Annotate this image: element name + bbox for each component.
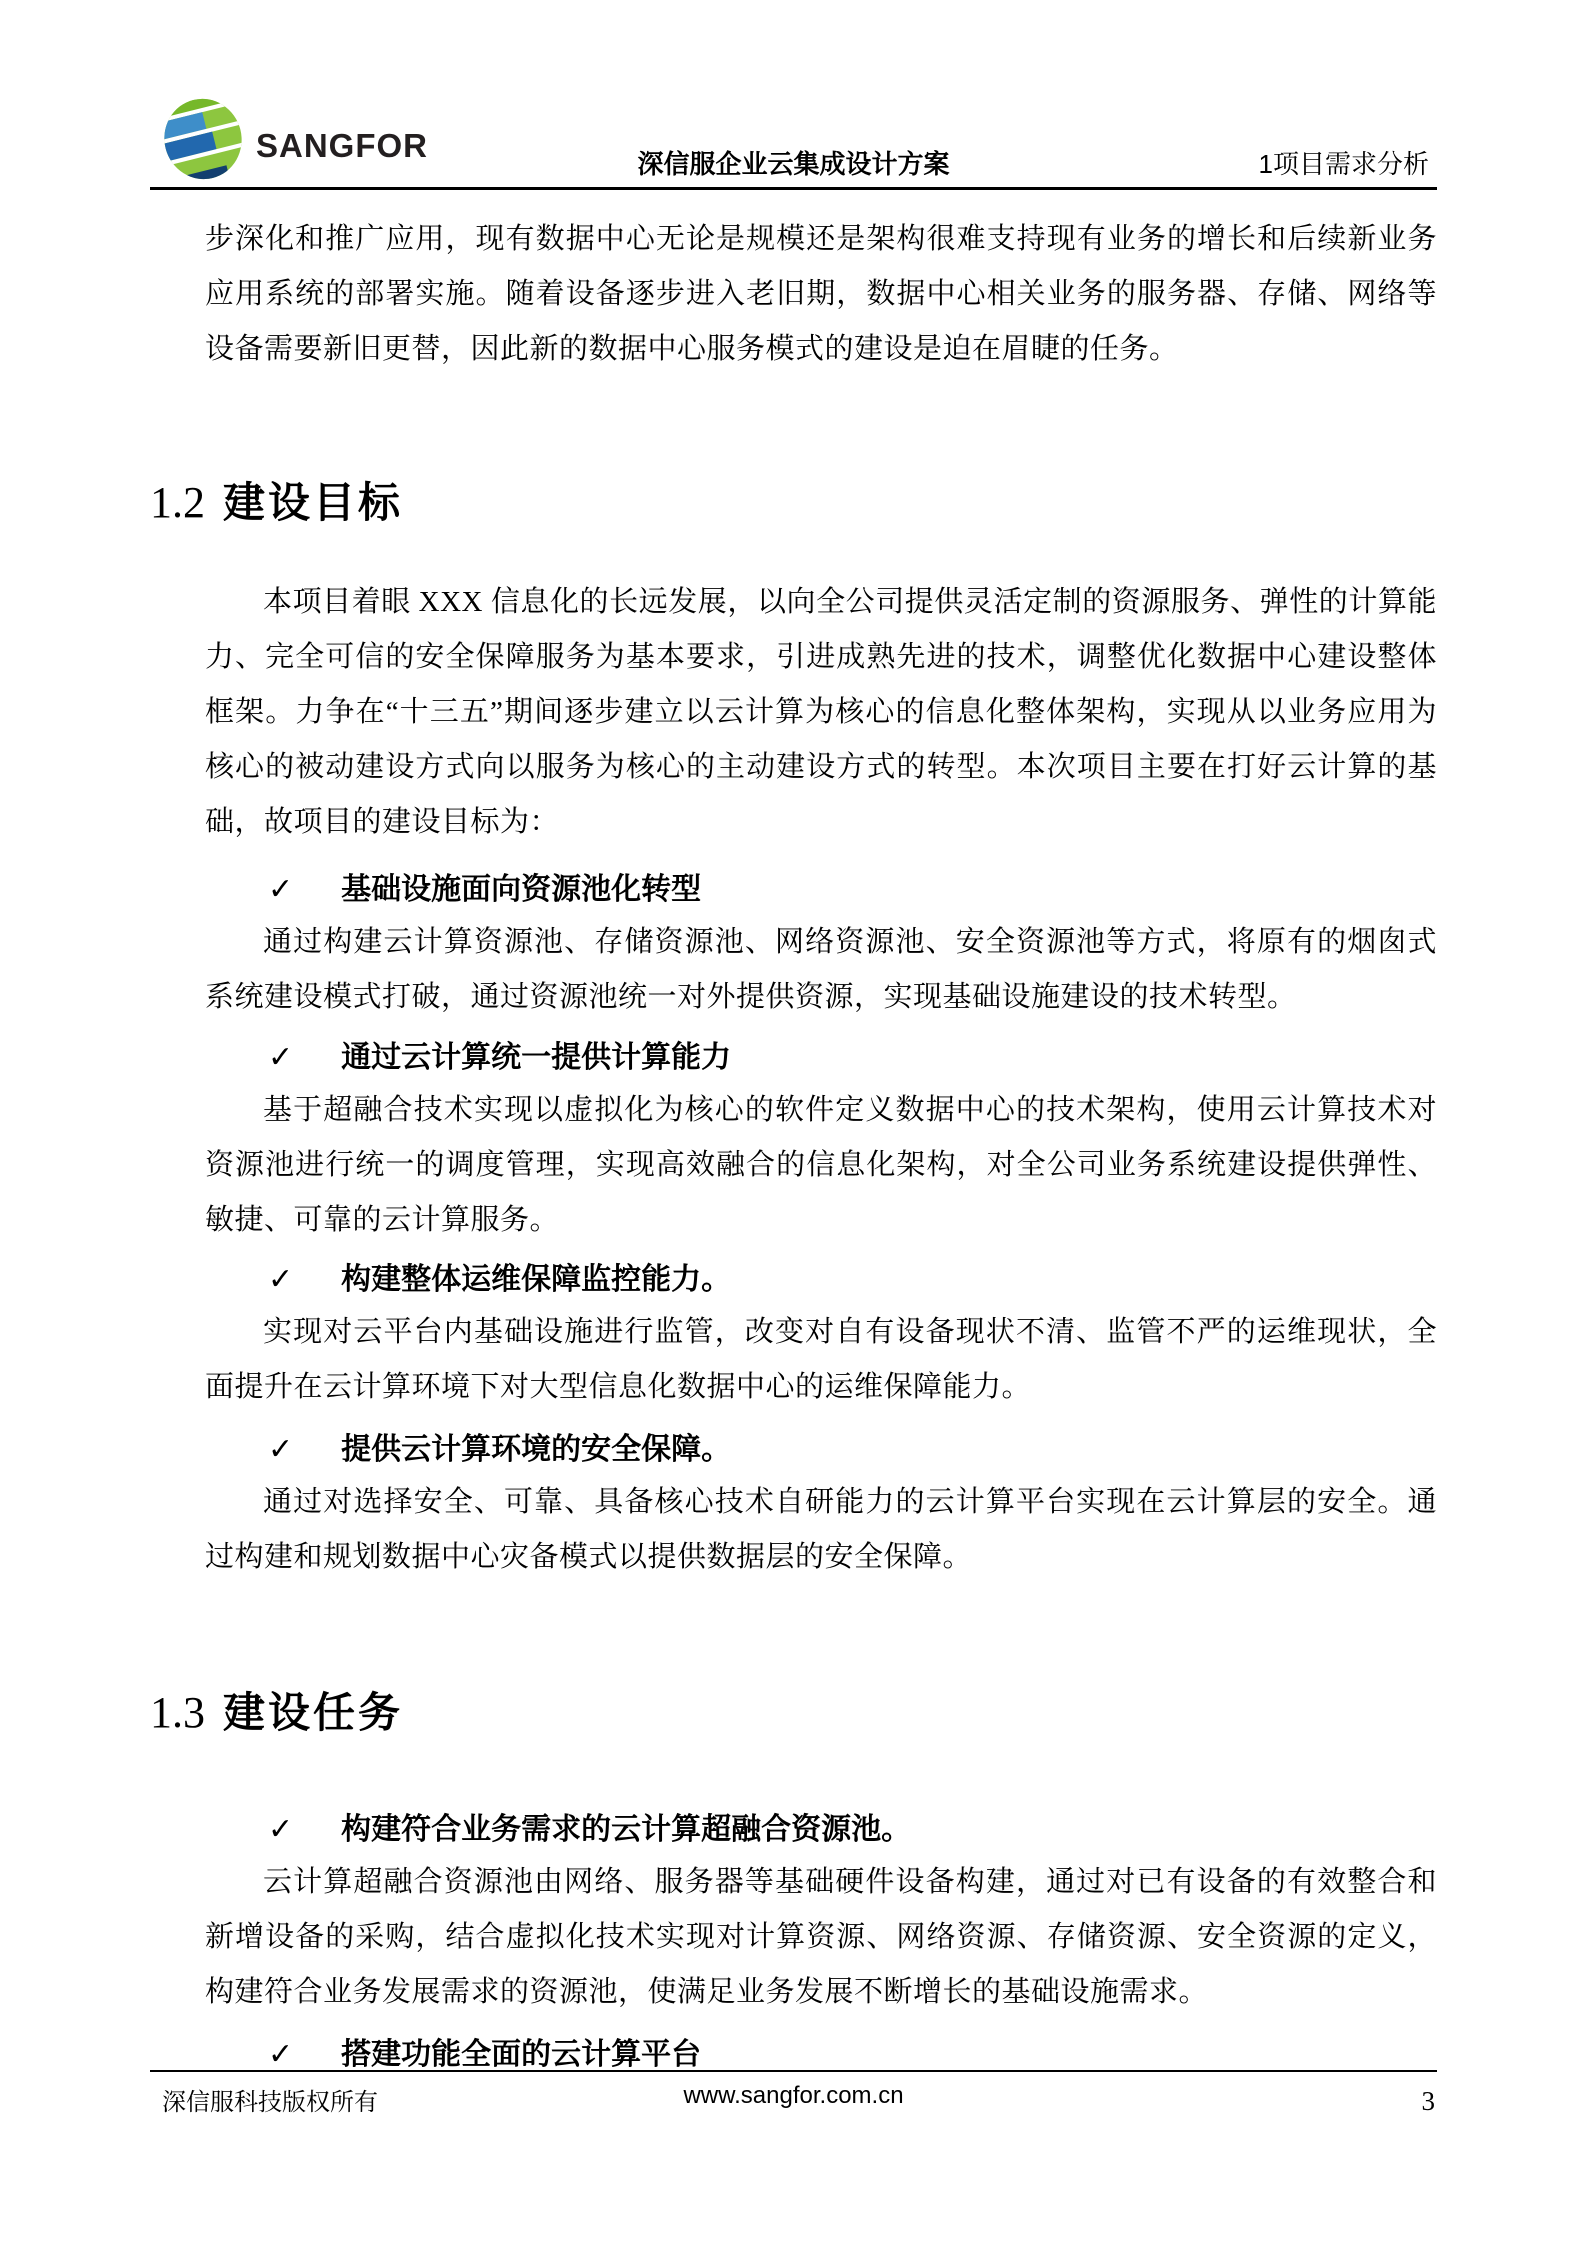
section-heading-1-3: 1.3 建设任务 [150, 1680, 1437, 1740]
footer-website: www.sangfor.com.cn [150, 2082, 1437, 2110]
bullet-heading-label: 通过云计算统一提供计算能力 [341, 1033, 731, 1083]
check-icon: ✓ [268, 865, 293, 915]
section-lead-paragraph: 本项目着眼 XXX 信息化的长远发展，以向全公司提供灵活定制的资源服务、弹性的计… [205, 575, 1437, 850]
bullet-heading-label: 构建整体运维保障监控能力。 [341, 1255, 731, 1305]
document-body: 步深化和推广应用，现有数据中心无论是规模还是架构很难支持现有业务的增长和后续新业… [150, 212, 1437, 2080]
check-icon: ✓ [268, 1425, 293, 1475]
bullet-heading: ✓ 通过云计算统一提供计算能力 [205, 1033, 1437, 1083]
bullet-heading-label: 基础设施面向资源池化转型 [341, 865, 701, 915]
bullet-heading-label: 提供云计算环境的安全保障。 [341, 1425, 731, 1475]
bullet-body-paragraph: 实现对云平台内基础设施进行监管，改变对自有设备现状不清、监管不严的运维现状，全面… [205, 1305, 1437, 1415]
section-heading-1-2: 1.2 建设目标 [150, 470, 1437, 530]
bullet-heading: ✓ 提供云计算环境的安全保障。 [205, 1425, 1437, 1475]
bullet-heading: ✓ 构建整体运维保障监控能力。 [205, 1255, 1437, 1305]
section-number: 1.3 [150, 1687, 205, 1738]
section-title: 建设目标 [223, 470, 403, 530]
header-doc-title: 深信服企业云集成设计方案 [150, 144, 1437, 181]
section-number: 1.2 [150, 477, 205, 528]
bullet-body-paragraph: 基于超融合技术实现以虚拟化为核心的软件定义数据中心的技术架构，使用云计算技术对资… [205, 1083, 1437, 1248]
header-chapter-label: 1项目需求分析 [1259, 144, 1429, 181]
bullet-heading-label: 构建符合业务需求的云计算超融合资源池。 [341, 1805, 911, 1855]
bullet-heading: ✓ 基础设施面向资源池化转型 [205, 865, 1437, 915]
check-icon: ✓ [268, 1255, 293, 1305]
check-icon: ✓ [268, 1805, 293, 1855]
page-header: SANGFOR 深信服企业云集成设计方案 1项目需求分析 [150, 95, 1437, 190]
bullet-body-paragraph: 通过构建云计算资源池、存储资源池、网络资源池、安全资源池等方式，将原有的烟囱式系… [205, 915, 1437, 1025]
footer-row: 深信服科技版权所有 www.sangfor.com.cn 3 [150, 2082, 1437, 2117]
page-footer: 深信服科技版权所有 www.sangfor.com.cn 3 [150, 2070, 1437, 2117]
document-page: SANGFOR 深信服企业云集成设计方案 1项目需求分析 步深化和推广应用，现有… [0, 0, 1587, 2245]
bullet-heading: ✓ 构建符合业务需求的云计算超融合资源池。 [205, 1805, 1437, 1855]
intro-paragraph: 步深化和推广应用，现有数据中心无论是规模还是架构很难支持现有业务的增长和后续新业… [205, 212, 1437, 377]
section-title: 建设任务 [223, 1680, 403, 1740]
check-icon: ✓ [268, 1033, 293, 1083]
bullet-body-paragraph: 通过对选择安全、可靠、具备核心技术自研能力的云计算平台实现在云计算层的安全。通过… [205, 1475, 1437, 1585]
bullet-body-paragraph: 云计算超融合资源池由网络、服务器等基础硬件设备构建，通过对已有设备的有效整合和新… [205, 1855, 1437, 2020]
